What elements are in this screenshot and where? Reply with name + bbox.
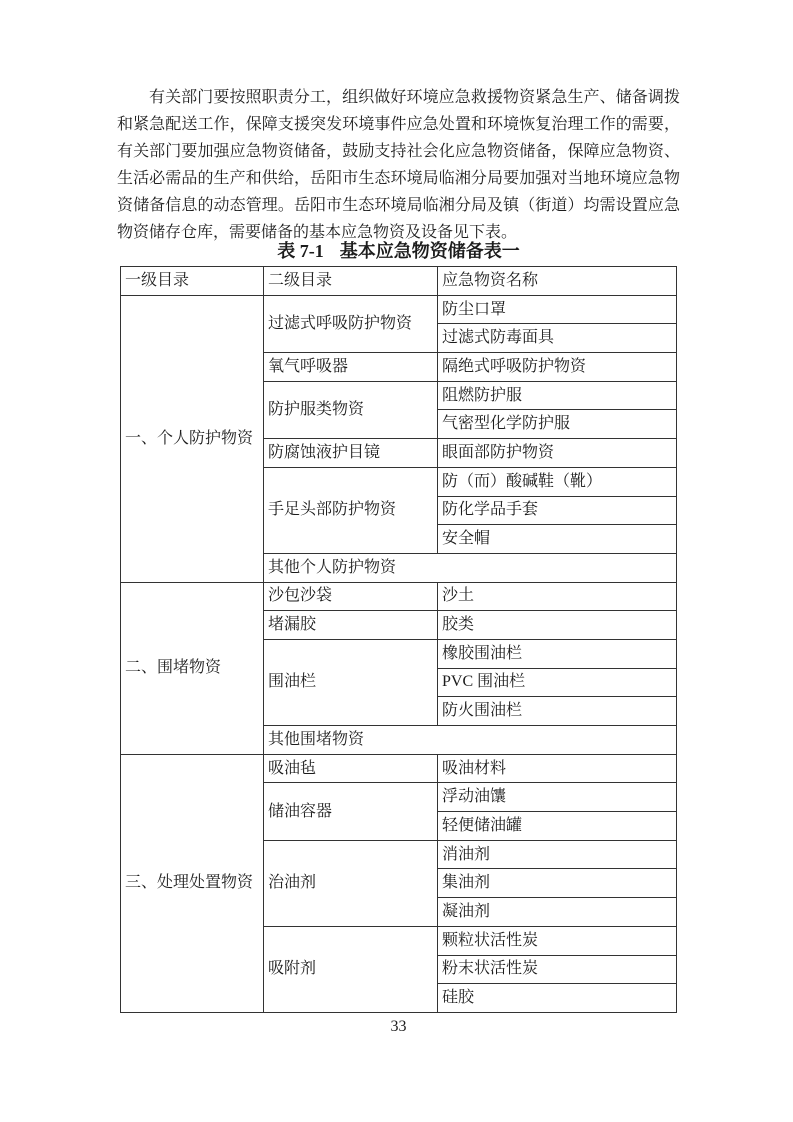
sub-label-cell: 手足头部防护物资	[264, 467, 438, 553]
sub-label-cell: 储油容器	[264, 783, 438, 840]
item-cell: 防（而）酸碱鞋（靴）	[438, 467, 677, 496]
sub-label-cell: 防腐蚀液护目镜	[264, 439, 438, 468]
table-header-row: 一级目录 二级目录 应急物资名称	[121, 267, 677, 296]
item-cell: 轻便储油罐	[438, 812, 677, 841]
item-cell: 浮动油馕	[438, 783, 677, 812]
item-cell: 安全帽	[438, 525, 677, 554]
sub-label-cell: 过滤式呼吸防护物资	[264, 295, 438, 352]
item-cell: 橡胶围油栏	[438, 639, 677, 668]
table-row: 三、处理处置物资 吸油毡 吸油材料	[121, 754, 677, 783]
item-cell: 隔绝式呼吸防护物资	[438, 353, 677, 382]
sub-label-cell: 吸附剂	[264, 926, 438, 1012]
sub-label-cell: 其他个人防护物资	[264, 553, 677, 582]
table-caption-title: 基本应急物资储备表一	[340, 241, 520, 261]
sub-label-cell: 吸油毡	[264, 754, 438, 783]
body-paragraph: 有关部门要按照职责分工，组织做好环境应急救援物资紧急生产、储备调拨和紧急配送工作…	[117, 84, 680, 246]
document-page: 有关部门要按照职责分工，组织做好环境应急救援物资紧急生产、储备调拨和紧急配送工作…	[0, 0, 793, 1122]
item-cell: 粉末状活性炭	[438, 955, 677, 984]
item-cell: 硅胶	[438, 984, 677, 1013]
sub-label-cell: 堵漏胶	[264, 611, 438, 640]
item-cell: 过滤式防毒面具	[438, 324, 677, 353]
item-cell: 防火围油栏	[438, 697, 677, 726]
table-row: 二、围堵物资 沙包沙袋 沙土	[121, 582, 677, 611]
item-cell: PVC 围油栏	[438, 668, 677, 697]
sub-label-cell: 其他围堵物资	[264, 726, 677, 755]
item-cell: 消油剂	[438, 840, 677, 869]
table-row: 一、个人防护物资 过滤式呼吸防护物资 防尘口罩	[121, 295, 677, 324]
sub-label-cell: 防护服类物资	[264, 381, 438, 438]
item-cell: 吸油材料	[438, 754, 677, 783]
item-cell: 凝油剂	[438, 898, 677, 927]
sub-label-cell: 沙包沙袋	[264, 582, 438, 611]
item-cell: 胶类	[438, 611, 677, 640]
item-cell: 眼面部防护物资	[438, 439, 677, 468]
sub-label-cell: 治油剂	[264, 840, 438, 926]
item-cell: 阻燃防护服	[438, 381, 677, 410]
item-cell: 防尘口罩	[438, 295, 677, 324]
table-caption-label: 表 7-1	[277, 241, 324, 261]
item-cell: 气密型化学防护服	[438, 410, 677, 439]
group-label-cell: 一、个人防护物资	[121, 295, 264, 582]
table-caption: 表 7-1基本应急物资储备表一	[117, 240, 680, 262]
header-cell-level1: 一级目录	[121, 267, 264, 296]
item-cell: 颗粒状活性炭	[438, 926, 677, 955]
group-label-cell: 二、围堵物资	[121, 582, 264, 754]
item-cell: 防化学品手套	[438, 496, 677, 525]
sub-label-cell: 围油栏	[264, 639, 438, 725]
header-cell-material-name: 应急物资名称	[438, 267, 677, 296]
item-cell: 集油剂	[438, 869, 677, 898]
item-cell: 沙土	[438, 582, 677, 611]
header-cell-level2: 二级目录	[264, 267, 438, 296]
group-label-cell: 三、处理处置物资	[121, 754, 264, 1012]
page-number: 33	[117, 1018, 680, 1036]
sub-label-cell: 氧气呼吸器	[264, 353, 438, 382]
emergency-supplies-table: 一级目录 二级目录 应急物资名称 一、个人防护物资 过滤式呼吸防护物资 防尘口罩…	[120, 266, 677, 1013]
